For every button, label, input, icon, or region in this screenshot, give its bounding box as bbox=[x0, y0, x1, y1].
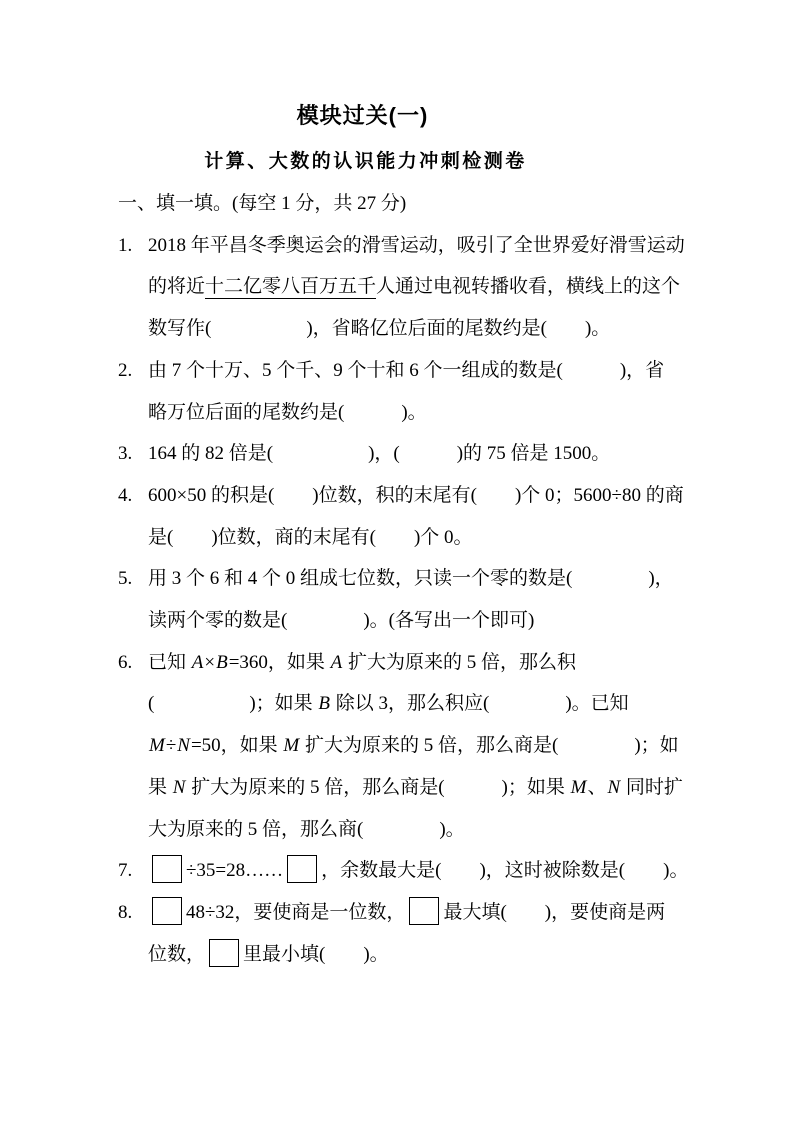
question-1: 1. 2018 年平昌冬季奥运会的滑雪运动，吸引了全世界爱好滑雪运动 的将近十二… bbox=[118, 225, 685, 350]
math-variable-A: A bbox=[191, 652, 205, 673]
text-run: ÷35=28…… bbox=[186, 860, 283, 881]
question-3-line-1: 164 的 82 倍是( )，( )的 75 倍是 1500。 bbox=[148, 433, 685, 475]
text-run: 人通过电视转播收看，横线上的这个 bbox=[376, 276, 680, 297]
question-1-line-2: 的将近十二亿零八百万五千人通过电视转播收看，横线上的这个 bbox=[148, 266, 685, 308]
question-5-number: 5. bbox=[118, 558, 132, 600]
question-4: 4. 600×50 的积是( )位数，积的末尾有( )个 0；5600÷80 的… bbox=[118, 475, 685, 558]
question-6-line-2: ( )；如果 B 除以 3，那么积应( )。已知 bbox=[148, 683, 685, 725]
question-4-number: 4. bbox=[118, 475, 132, 517]
text-run: 164 的 82 倍是( )，( )的 75 倍是 1500。 bbox=[148, 443, 610, 464]
text-run: 2018 年平昌冬季奥运会的滑雪运动，吸引了全世界爱好滑雪运动 bbox=[148, 235, 685, 256]
question-6-number: 6. bbox=[118, 642, 132, 684]
text-run: × bbox=[204, 652, 215, 673]
text-run: 最大填( )，要使商是两 bbox=[443, 902, 665, 923]
text-run: 扩大为原来的 5 倍，那么商是( )；如果 bbox=[186, 777, 569, 798]
math-variable-M: M bbox=[570, 777, 588, 798]
math-variable-N: N bbox=[172, 777, 187, 798]
question-1-line-3: 数写作( )，省略亿位后面的尾数约是( )。 bbox=[148, 308, 685, 350]
text-run: 读两个零的数是( )。(各写出一个即可) bbox=[148, 610, 534, 631]
math-variable-M: M bbox=[148, 735, 166, 756]
question-7: 7. ÷35=28……，余数最大是( )，这时被除数是( )。 bbox=[118, 850, 685, 892]
question-2-line-1: 由 7 个十万、5 个千、9 个十和 6 个一组成的数是( )，省 bbox=[148, 350, 685, 392]
text-run: 600×50 的积是( )位数，积的末尾有( )个 0；5600÷80 的商 bbox=[148, 485, 684, 506]
question-6: 6. 已知 A×B=360，如果 A 扩大为原来的 5 倍，那么积 ( )；如果… bbox=[118, 642, 685, 851]
question-8-line-1: 48÷32，要使商是一位数，最大填( )，要使商是两 bbox=[148, 892, 685, 934]
question-6-line-3: M÷N=50，如果 M 扩大为原来的 5 倍，那么商是( )；如 bbox=[148, 725, 685, 767]
section-heading: 一、填一填。(每空 1 分，共 27 分) bbox=[118, 183, 685, 225]
text-run: ，余数最大是( )，这时被除数是( )。 bbox=[321, 860, 688, 881]
question-4-line-2: 是( )位数，商的末尾有( )个 0。 bbox=[148, 517, 685, 559]
text-run: 位数， bbox=[148, 944, 205, 965]
text-run: 由 7 个十万、5 个千、9 个十和 6 个一组成的数是( )，省 bbox=[148, 360, 664, 381]
question-1-number: 1. bbox=[118, 225, 132, 267]
math-variable-N: N bbox=[176, 735, 191, 756]
text-run: 扩大为原来的 5 倍，那么积 bbox=[343, 652, 576, 673]
question-2: 2. 由 7 个十万、5 个千、9 个十和 6 个一组成的数是( )，省 略万位… bbox=[118, 350, 685, 433]
text-run: =50，如果 bbox=[191, 735, 282, 756]
question-7-line-1: ÷35=28……，余数最大是( )，这时被除数是( )。 bbox=[148, 850, 685, 892]
question-5: 5. 用 3 个 6 和 4 个 0 组成七位数，只读一个零的数是( )， 读两… bbox=[118, 558, 685, 641]
text-run: 用 3 个 6 和 4 个 0 组成七位数，只读一个零的数是( )， bbox=[148, 568, 674, 589]
question-3: 3. 164 的 82 倍是( )，( )的 75 倍是 1500。 bbox=[118, 433, 685, 475]
question-6-line-4: 果 N 扩大为原来的 5 倍，那么商是( )；如果 M、N 同时扩 bbox=[148, 767, 685, 809]
question-8: 8. 48÷32，要使商是一位数，最大填( )，要使商是两 位数，里最小填( )… bbox=[118, 892, 685, 975]
blank-box bbox=[287, 855, 317, 883]
question-5-line-1: 用 3 个 6 和 4 个 0 组成七位数，只读一个零的数是( )， bbox=[148, 558, 685, 600]
blank-box bbox=[409, 897, 439, 925]
math-variable-A: A bbox=[330, 652, 344, 673]
blank-box bbox=[152, 897, 182, 925]
question-8-line-2: 位数，里最小填( )。 bbox=[148, 934, 685, 976]
text-run: 同时扩 bbox=[621, 777, 683, 798]
question-2-line-2: 略万位后面的尾数约是( )。 bbox=[148, 392, 685, 434]
text-run: 略万位后面的尾数约是( )。 bbox=[148, 402, 427, 423]
question-8-number: 8. bbox=[118, 892, 132, 934]
page-title: 模块过关(一) bbox=[118, 103, 685, 129]
math-variable-N: N bbox=[606, 777, 621, 798]
question-3-number: 3. bbox=[118, 433, 132, 475]
question-6-line-5: 大为原来的 5 倍，那么商( )。 bbox=[148, 809, 685, 851]
page-subtitle: 计算、大数的认识能力冲刺检测卷 bbox=[118, 151, 685, 173]
question-5-line-2: 读两个零的数是( )。(各写出一个即可) bbox=[148, 600, 685, 642]
math-variable-B: B bbox=[317, 693, 331, 714]
text-run: 数写作( )，省略亿位后面的尾数约是( )。 bbox=[148, 318, 610, 339]
blank-box bbox=[152, 855, 182, 883]
blank-box bbox=[209, 939, 239, 967]
text-run: 里最小填( )。 bbox=[243, 944, 389, 965]
question-7-number: 7. bbox=[118, 850, 132, 892]
math-variable-M: M bbox=[282, 735, 300, 756]
text-run: 大为原来的 5 倍，那么商( )。 bbox=[148, 819, 465, 840]
document-content: 模块过关(一) 计算、大数的认识能力冲刺检测卷 一、填一填。(每空 1 分，共 … bbox=[118, 0, 685, 975]
text-run: ( )；如果 bbox=[148, 693, 317, 714]
text-run: 是( )位数，商的末尾有( )个 0。 bbox=[148, 527, 473, 548]
text-run: 、 bbox=[587, 777, 606, 798]
question-2-number: 2. bbox=[118, 350, 132, 392]
worksheet-page: 模块过关(一) 计算、大数的认识能力冲刺检测卷 一、填一填。(每空 1 分，共 … bbox=[0, 0, 793, 1122]
text-run: 扩大为原来的 5 倍，那么商是( )；如 bbox=[300, 735, 678, 756]
text-run: 除以 3，那么积应( )。已知 bbox=[331, 693, 629, 714]
question-4-line-1: 600×50 的积是( )位数，积的末尾有( )个 0；5600÷80 的商 bbox=[148, 475, 685, 517]
question-1-line-1: 2018 年平昌冬季奥运会的滑雪运动，吸引了全世界爱好滑雪运动 bbox=[148, 225, 685, 267]
text-run: 48÷32，要使商是一位数， bbox=[186, 902, 405, 923]
underlined-phrase: 十二亿零八百万五千 bbox=[205, 276, 376, 299]
question-6-line-1: 已知 A×B=360，如果 A 扩大为原来的 5 倍，那么积 bbox=[148, 642, 685, 684]
math-variable-B: B bbox=[215, 652, 229, 673]
text-run: =360，如果 bbox=[229, 652, 330, 673]
text-run: 果 bbox=[148, 777, 172, 798]
text-run: ÷ bbox=[166, 735, 176, 756]
text-run: 已知 bbox=[148, 652, 191, 673]
text-run: 的将近 bbox=[148, 276, 205, 297]
